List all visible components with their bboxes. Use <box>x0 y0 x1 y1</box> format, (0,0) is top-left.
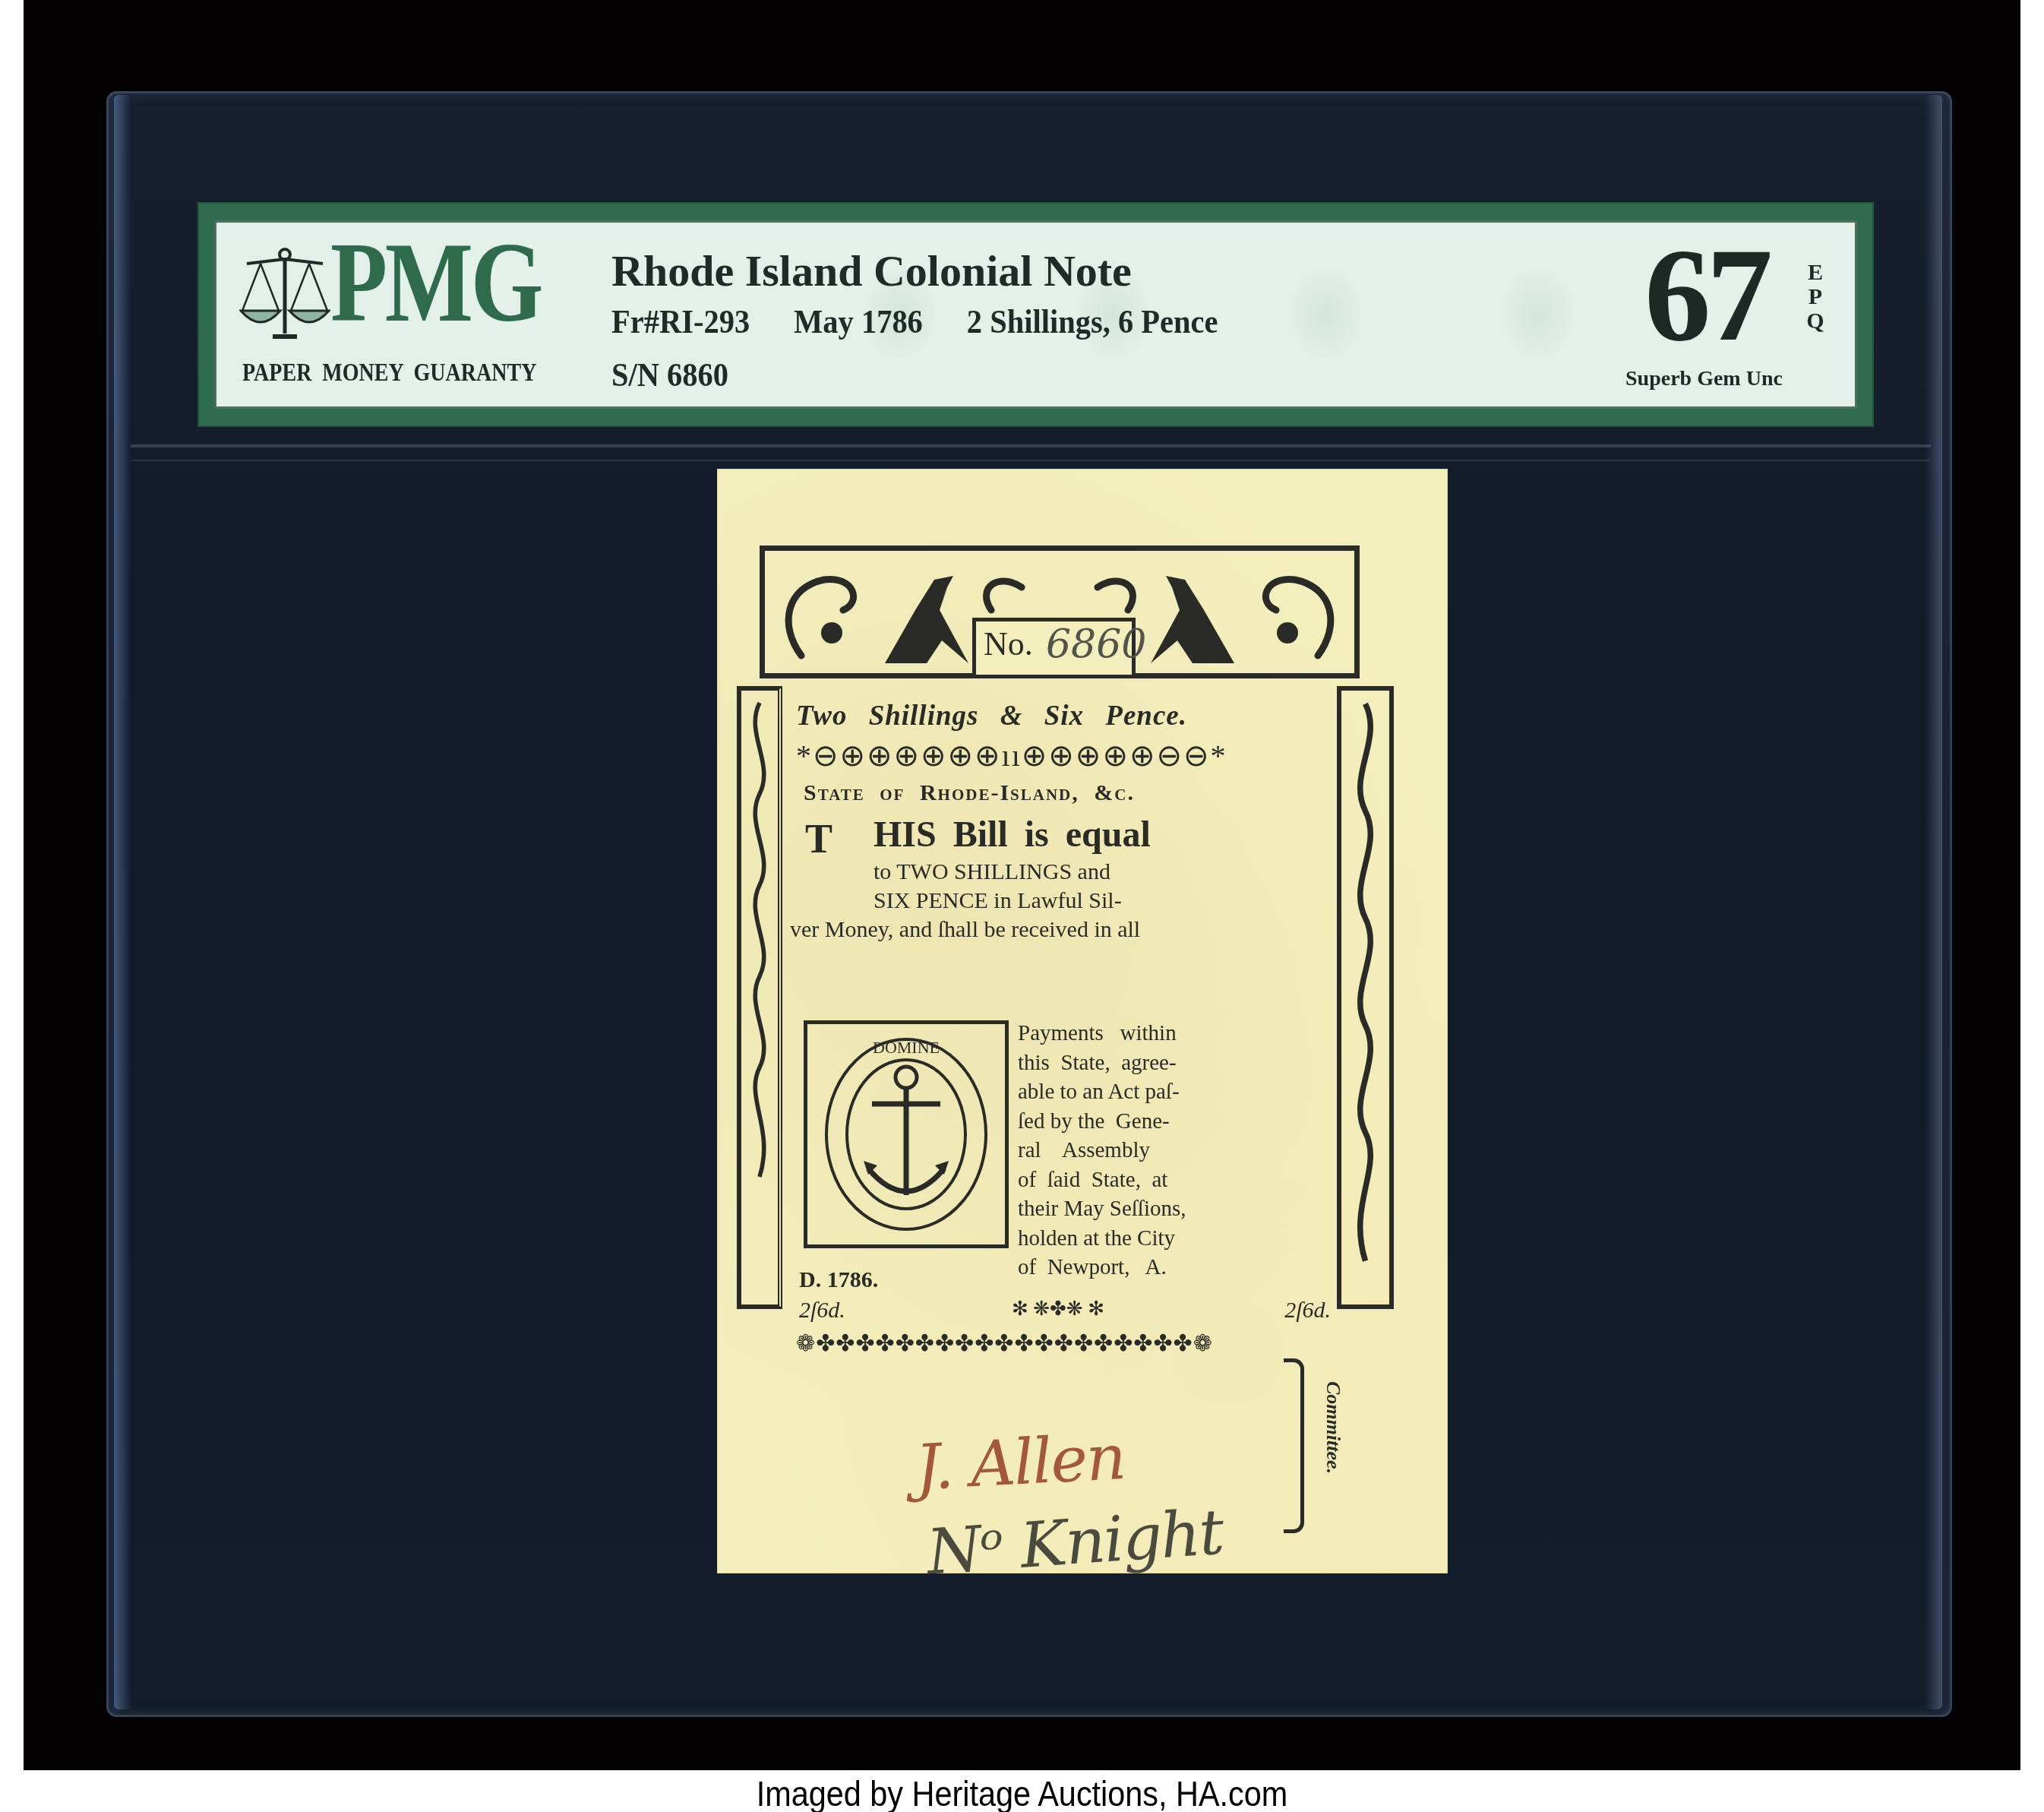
holder-seam-line <box>131 460 1931 461</box>
grade-description: Superb Gem Unc <box>1625 367 1783 391</box>
state-line: State of Rhode-Island, &c. <box>804 780 1135 806</box>
svg-text:DOMINE: DOMINE <box>873 1038 940 1057</box>
denomination-script: Two Shillings & Six Pence. <box>796 700 1187 732</box>
handwritten-serial: 6860 <box>1046 621 1146 667</box>
bill-heading: HIS Bill is equal <box>874 814 1151 855</box>
note-title: Rhode Island Colonial Note <box>611 245 1132 296</box>
pmg-logo: PMG <box>330 226 541 340</box>
epq-letter-p: P <box>1804 285 1827 309</box>
holder-edge-left <box>114 95 131 1709</box>
denomination-marks: 2ſ6d. ✻ ❋✤❋ ✻ 2ſ6d. <box>799 1298 1331 1323</box>
note-details: Fr#RI-293 May 1786 2 Shillings, 6 Pence <box>611 302 1254 341</box>
issue-year: D. 1786. <box>799 1267 878 1293</box>
colonial-note: No. 6860 Two Shillings & Six Pence. *⊖⊕⊕… <box>718 470 1447 1573</box>
right-scroll-border <box>1337 686 1394 1309</box>
grade-number: 67 <box>1644 229 1768 362</box>
serial-number: S/N 6860 <box>611 356 728 394</box>
committee-label: Committee. <box>1322 1381 1344 1474</box>
signature-allen: J. Allen <box>914 1421 1126 1504</box>
left-scrollwork-icon <box>747 697 772 1183</box>
body-line-1: to TWO SHILLINGS and <box>874 859 1110 885</box>
grading-label: PMG PAPER MONEY GUARANTY Rhode Island Co… <box>199 204 1872 425</box>
image-credit-caption: Imaged by Heritage Auctions, HA.com <box>103 1773 1942 1812</box>
right-scrollwork-icon <box>1347 697 1383 1268</box>
initial-ornament: T <box>805 815 832 862</box>
body-column-text: Payments within this State, agree- able … <box>1018 1019 1186 1282</box>
grading-label-panel: PMG PAPER MONEY GUARANTY Rhode Island Co… <box>214 220 1857 409</box>
denomination-right: 2ſ6d. <box>1284 1298 1331 1323</box>
anchor-icon: DOMINE <box>807 1024 1005 1244</box>
epq-letter-q: Q <box>1804 309 1827 334</box>
scales-of-justice-icon <box>239 244 330 343</box>
number-label: No. <box>984 625 1033 663</box>
serial-number-box: No. 6860 <box>972 618 1136 675</box>
holder-seam <box>131 444 1931 447</box>
center-ornament: ✻ ❋✤❋ ✻ <box>1012 1298 1104 1320</box>
body-line-3: ver Money, and ſhall be received in all <box>790 917 1140 943</box>
body-line-2: SIX PENCE in Lawful Sil- <box>874 888 1122 914</box>
ornament-row-bottom: ❁✤✤✤✤✤✤✤✤✤✤✤✤✤✤✤✤✤✤✤❁ <box>796 1330 1213 1357</box>
holder-edge-right <box>1926 95 1942 1709</box>
epq-letter-e: E <box>1804 261 1827 285</box>
left-scroll-border <box>737 686 782 1309</box>
ornament-row-top: *⊖⊕⊕⊕⊕⊕⊕ıı⊕⊕⊕⊕⊕⊖⊖* <box>796 738 1227 773</box>
denomination-left: 2ſ6d. <box>799 1298 845 1323</box>
pmg-full-name: PAPER MONEY GUARANTY <box>242 359 537 387</box>
committee-bracket <box>1284 1358 1304 1533</box>
anchor-seal: DOMINE <box>804 1020 1009 1248</box>
epq-designation: E P Q <box>1804 261 1827 334</box>
issue-date: May 1786 <box>794 303 923 340</box>
denomination: 2 Shillings, 6 Pence <box>967 303 1218 340</box>
catalog-number: Fr#RI-293 <box>611 303 750 340</box>
